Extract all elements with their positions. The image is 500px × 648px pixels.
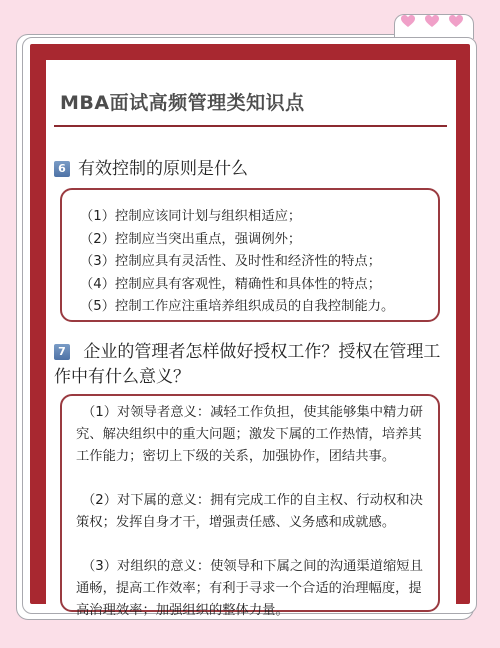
list-item: （1）控制应该同计划与组织相适应； [80,206,438,229]
answer-box-7: （1）对领导者意义：减轻工作负担，使其能够集中精力研究、解决组织中的重大问题；激… [60,394,440,612]
heart-icon [401,15,415,28]
paragraph: （3）对组织的意义：使领导和下属之间的沟通渠道缩短且通畅，提高工作效率；有利于寻… [76,556,424,622]
list-item: （2）控制应当突出重点，强调例外； [80,229,438,252]
hearts-decoration [401,15,463,28]
list-item: （5）控制工作应注重培养组织成员的自我控制能力。 [80,296,438,319]
list-item: （4）控制应具有客观性，精确性和具体性的特点； [80,274,438,297]
title-divider [54,125,447,127]
heart-icon [449,15,463,28]
list-item: （3）控制应具有灵活性、及时性和经济性的特点； [80,251,438,274]
heart-icon [425,15,439,28]
paragraph: （1）对领导者意义：减轻工作负担，使其能够集中精力研究、解决组织中的重大问题；激… [76,402,424,468]
page-title: MBA面试高频管理类知识点 [60,88,305,115]
section-heading-text: 有效控制的原则是什么 [78,159,248,179]
section-heading-text: 企业的管理者怎样做好授权工作？授权在管理工作中有什么意义？ [54,342,440,387]
answer-box-6: （1）控制应该同计划与组织相适应； （2）控制应当突出重点，强调例外； （3）控… [60,188,440,322]
number-badge: 6 [54,161,70,177]
paragraph: （2）对下属的意义：拥有完成工作的自主权、行动权和决策权；发挥自身才干，增强责任… [76,490,424,534]
section-heading-6: 6有效控制的原则是什么 [54,157,446,182]
section-heading-7: 7 企业的管理者怎样做好授权工作？授权在管理工作中有什么意义？ [54,340,446,390]
number-badge: 7 [54,344,70,360]
